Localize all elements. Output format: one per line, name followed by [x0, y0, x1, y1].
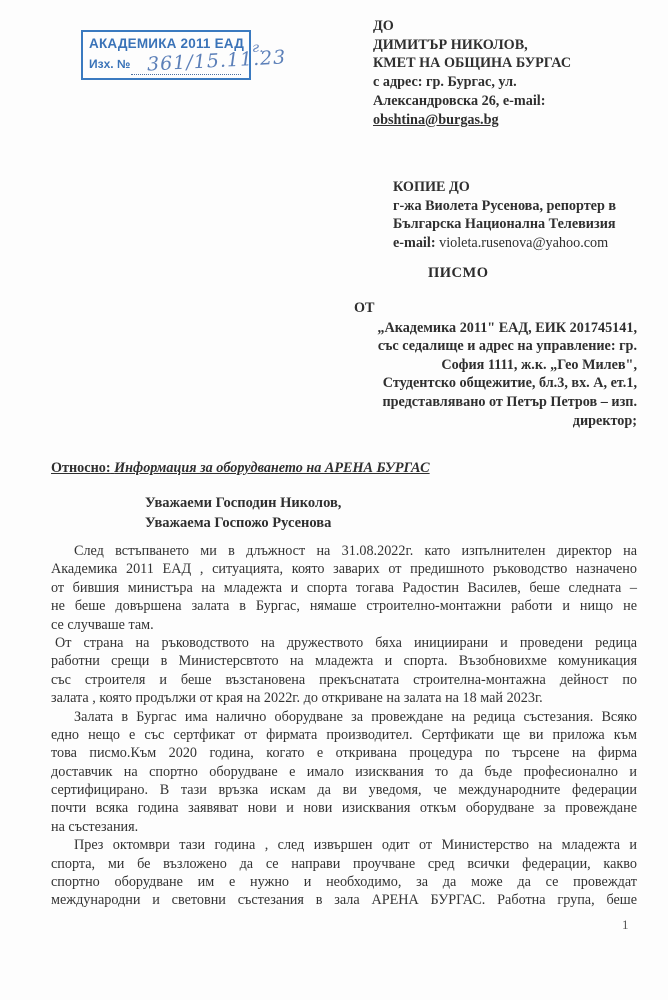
- body-line: работни срещи в Министерсвтото на младеж…: [51, 652, 637, 670]
- body-line: със строителя и беше възстановена прекъс…: [51, 671, 637, 689]
- subject-line: Относно: Информация за оборудването на А…: [51, 460, 430, 477]
- body-line: това писмо.Към 2020 година, когато е отк…: [51, 744, 637, 762]
- body-line: доставчик на спортно оборудване е имало …: [51, 763, 637, 781]
- copy-to-email-line: e-mail: violeta.rusenova@yahoo.com: [393, 234, 616, 253]
- salutation-line: Уважаема Госпожо Русенова: [145, 513, 341, 533]
- body-line: залата , която продължи от края на 2022г…: [51, 689, 637, 707]
- body-line: едно нещо е със сертфикат от фирмата про…: [51, 726, 637, 744]
- body-line: не беше довършена залата в Бургас, нямаш…: [51, 597, 637, 615]
- sender-line: „Академика 2011" ЕАД, ЕИК 201745141,: [330, 319, 637, 338]
- sender-line: директор;: [330, 412, 637, 431]
- subject-text: Информация за оборудването на АРЕНА БУРГ…: [114, 460, 429, 476]
- salutation: Уважаеми Господин Николов, Уважаема Госп…: [145, 493, 341, 533]
- body-line: След встъпването ми в длъжност на 31.08.…: [51, 542, 637, 560]
- body-line: спорта, ми бе възложено да се направи пр…: [51, 855, 637, 873]
- scanned-letter-page: АКАДЕМИКА 2011 ЕАД Изх. № 361/15.11.23 г…: [0, 0, 668, 1000]
- stamp-outgoing-label: Изх. №: [89, 57, 130, 71]
- body-line: от бившия министъра на младежта и спорта…: [51, 579, 637, 597]
- recipient-line: ДИМИТЪР НИКОЛОВ,: [373, 36, 571, 55]
- copy-to-email-label: e-mail:: [393, 235, 436, 251]
- body-line: спортно оборудване им е нужно и необходи…: [51, 873, 637, 891]
- body-line: Залата в Бургас има налично оборудване з…: [51, 708, 637, 726]
- sender-line: София 1111, ж.к. „Гео Милев",: [330, 356, 637, 375]
- body-line: През октомври тази година , след извърше…: [51, 836, 637, 854]
- copy-to-line: г-жа Виолета Русенова, репортер в: [393, 197, 616, 216]
- salutation-line: Уважаеми Господин Николов,: [145, 493, 341, 513]
- body-line: на състезания.: [51, 818, 637, 836]
- copy-to-label: КОПИЕ ДО: [393, 178, 616, 197]
- recipient-line: с адрес: гр. Бургас, ул.: [373, 73, 571, 92]
- sender-line: със седалище и адрес на управление: гр.: [330, 337, 637, 356]
- letter-title: ПИСМО: [428, 265, 489, 282]
- page-number: 1: [622, 917, 629, 933]
- recipient-email-link[interactable]: obshtina@burgas.bg: [373, 111, 571, 130]
- sender-line: представлявано от Петър Петров – изп.: [330, 393, 637, 412]
- recipient-to-label: ДО: [373, 17, 571, 36]
- body-line: международни и световни състезания в зал…: [51, 891, 637, 909]
- sender-block: ОТ „Академика 2011" ЕАД, ЕИК 201745141, …: [330, 299, 637, 430]
- body-line: От страна на ръководството на дружествот…: [51, 634, 637, 652]
- body-line: Академика 2011 ЕАД , ситуацията, която з…: [51, 560, 637, 578]
- copy-to-email-link[interactable]: violeta.rusenova@yahoo.com: [439, 235, 608, 251]
- copy-to-block: КОПИЕ ДО г-жа Виолета Русенова, репортер…: [393, 178, 616, 252]
- subject-label: Относно:: [51, 460, 111, 476]
- stamp-handwritten-suffix: г.: [252, 40, 264, 56]
- recipient-block: ДО ДИМИТЪР НИКОЛОВ, КМЕТ НА ОБЩИНА БУРГА…: [373, 17, 571, 129]
- recipient-line: Александровска 26, e-mail:: [373, 92, 571, 111]
- sender-from-label: ОТ: [330, 299, 637, 318]
- recipient-line: КМЕТ НА ОБЩИНА БУРГАС: [373, 54, 571, 73]
- registration-stamp: АКАДЕМИКА 2011 ЕАД Изх. № 361/15.11.23: [81, 30, 251, 80]
- letter-body: След встъпването ми в длъжност на 31.08.…: [51, 542, 637, 910]
- sender-line: Студентско общежитие, бл.3, вх. А, ет.1,: [330, 374, 637, 393]
- body-line: почти всяка година заявяват нови и нови …: [51, 799, 637, 817]
- body-line: сертифицирано. В тази връзка искам да ви…: [51, 781, 637, 799]
- copy-to-line: Българска Национална Телевизия: [393, 215, 616, 234]
- body-line: се случваше там.: [51, 616, 637, 634]
